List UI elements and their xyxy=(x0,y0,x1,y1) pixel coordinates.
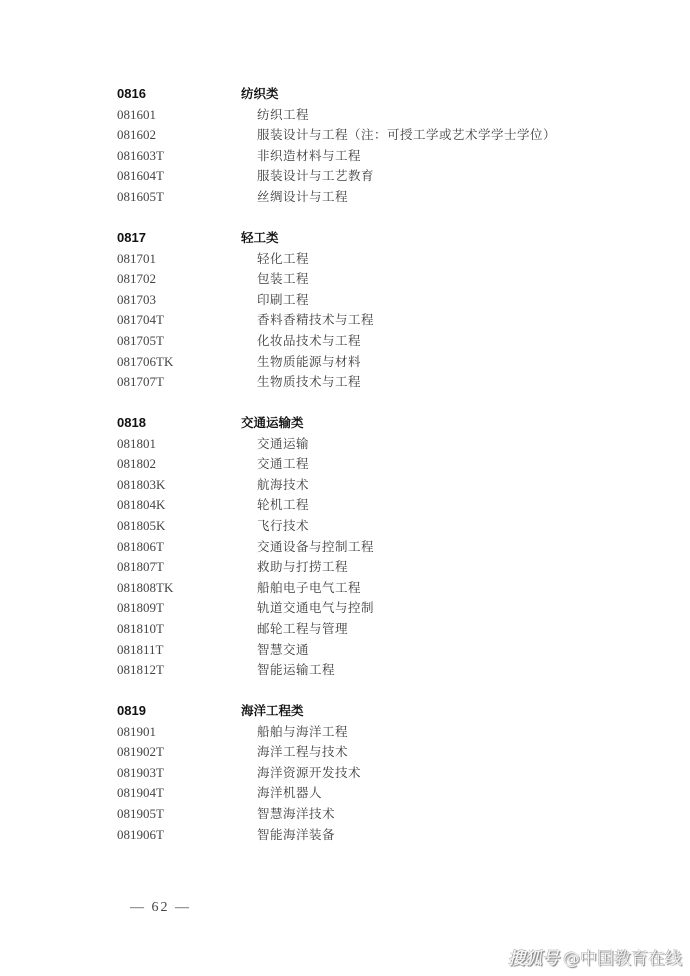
list-item: 081803K航海技术 xyxy=(117,475,597,496)
major-code: 081809T xyxy=(117,598,241,619)
major-code: 081810T xyxy=(117,619,241,640)
list-item: 081812T智能运输工程 xyxy=(117,660,597,681)
list-item: 081602服装设计与工程（注：可授工学或艺术学学士学位） xyxy=(117,125,597,146)
section-0816: 0816 纺织类 081601纺织工程 081602服装设计与工程（注：可授工学… xyxy=(117,84,597,208)
list-item: 081704T香料香精技术与工程 xyxy=(117,310,597,331)
major-code: 081904T xyxy=(117,783,241,804)
major-code: 081601 xyxy=(117,105,241,126)
category-title: 海洋工程类 xyxy=(241,701,304,722)
list-item: 081904T海洋机器人 xyxy=(117,783,597,804)
major-name: 化妆品技术与工程 xyxy=(241,331,361,352)
section-header: 0817 轻工类 xyxy=(117,228,597,249)
major-code: 081704T xyxy=(117,310,241,331)
list-item: 081604T服装设计与工艺教育 xyxy=(117,166,597,187)
list-item: 081905T智慧海洋技术 xyxy=(117,804,597,825)
major-code: 081806T xyxy=(117,537,241,558)
major-code: 081903T xyxy=(117,763,241,784)
category-code: 0819 xyxy=(117,701,241,722)
section-header: 0819 海洋工程类 xyxy=(117,701,597,722)
major-code: 081707T xyxy=(117,372,241,393)
section-0818: 0818 交通运输类 081801交通运输 081802交通工程 081803K… xyxy=(117,413,597,681)
list-item: 081806T交通设备与控制工程 xyxy=(117,537,597,558)
major-name: 轨道交通电气与控制 xyxy=(241,598,374,619)
major-code: 081602 xyxy=(117,125,241,146)
list-item: 081808TK船舶电子电气工程 xyxy=(117,578,597,599)
list-item: 081706TK生物质能源与材料 xyxy=(117,352,597,373)
list-item: 081902T海洋工程与技术 xyxy=(117,742,597,763)
category-title: 轻工类 xyxy=(241,228,279,249)
major-code: 081807T xyxy=(117,557,241,578)
major-name: 交通设备与控制工程 xyxy=(241,537,374,558)
major-name: 船舶电子电气工程 xyxy=(241,578,361,599)
major-code: 081812T xyxy=(117,660,241,681)
list-item: 081701轻化工程 xyxy=(117,249,597,270)
section-0817: 0817 轻工类 081701轻化工程 081702包装工程 081703印刷工… xyxy=(117,228,597,393)
watermark: 搜狐号@中国教育在线 xyxy=(508,944,682,969)
major-code: 081802 xyxy=(117,454,241,475)
major-name: 生物质能源与材料 xyxy=(241,352,361,373)
list-item: 081809T轨道交通电气与控制 xyxy=(117,598,597,619)
list-item: 081901船舶与海洋工程 xyxy=(117,722,597,743)
section-0819: 0819 海洋工程类 081901船舶与海洋工程 081902T海洋工程与技术 … xyxy=(117,701,597,845)
list-item: 081707T生物质技术与工程 xyxy=(117,372,597,393)
major-name: 服装设计与工程（注：可授工学或艺术学学士学位） xyxy=(241,125,556,146)
document-page: 0816 纺织类 081601纺织工程 081602服装设计与工程（注：可授工学… xyxy=(0,0,690,976)
major-name: 印刷工程 xyxy=(241,290,309,311)
major-name: 船舶与海洋工程 xyxy=(241,722,348,743)
major-name: 智能运输工程 xyxy=(241,660,335,681)
list-item: 081703印刷工程 xyxy=(117,290,597,311)
major-name: 救助与打捞工程 xyxy=(241,557,348,578)
list-item: 081804K轮机工程 xyxy=(117,495,597,516)
section-header: 0816 纺织类 xyxy=(117,84,597,105)
major-name: 航海技术 xyxy=(241,475,309,496)
major-code: 081702 xyxy=(117,269,241,290)
major-code: 081803K xyxy=(117,475,241,496)
major-name: 智能海洋装备 xyxy=(241,825,335,846)
major-code: 081703 xyxy=(117,290,241,311)
list-item: 081906T智能海洋装备 xyxy=(117,825,597,846)
watermark-brand: 搜狐号 xyxy=(508,949,559,969)
category-code: 0818 xyxy=(117,413,241,434)
list-item: 081802交通工程 xyxy=(117,454,597,475)
major-code: 081811T xyxy=(117,640,241,661)
major-name: 服装设计与工艺教育 xyxy=(241,166,374,187)
major-code: 081705T xyxy=(117,331,241,352)
major-name: 丝绸设计与工程 xyxy=(241,187,348,208)
list-item: 081807T救助与打捞工程 xyxy=(117,557,597,578)
major-name: 智慧交通 xyxy=(241,640,309,661)
major-code: 081604T xyxy=(117,166,241,187)
major-name: 香料香精技术与工程 xyxy=(241,310,374,331)
category-title: 纺织类 xyxy=(241,84,279,105)
watermark-account: @中国教育在线 xyxy=(563,949,682,969)
major-name: 轻化工程 xyxy=(241,249,309,270)
category-code: 0817 xyxy=(117,228,241,249)
major-name: 海洋机器人 xyxy=(241,783,322,804)
major-name: 非织造材料与工程 xyxy=(241,146,361,167)
major-name: 包装工程 xyxy=(241,269,309,290)
list-item: 081811T智慧交通 xyxy=(117,640,597,661)
list-item: 081605T丝绸设计与工程 xyxy=(117,187,597,208)
section-header: 0818 交通运输类 xyxy=(117,413,597,434)
major-name: 智慧海洋技术 xyxy=(241,804,335,825)
major-code: 081603T xyxy=(117,146,241,167)
major-code: 081805K xyxy=(117,516,241,537)
page-number: — 62 — xyxy=(130,900,191,916)
major-name: 海洋资源开发技术 xyxy=(241,763,361,784)
major-name: 交通工程 xyxy=(241,454,309,475)
list-item: 081705T化妆品技术与工程 xyxy=(117,331,597,352)
category-title: 交通运输类 xyxy=(241,413,304,434)
major-code: 081804K xyxy=(117,495,241,516)
list-item: 081801交通运输 xyxy=(117,434,597,455)
major-name: 海洋工程与技术 xyxy=(241,742,348,763)
list-item: 081810T邮轮工程与管理 xyxy=(117,619,597,640)
major-name: 邮轮工程与管理 xyxy=(241,619,348,640)
major-code: 081902T xyxy=(117,742,241,763)
major-code: 081905T xyxy=(117,804,241,825)
list-item: 081702包装工程 xyxy=(117,269,597,290)
list-item: 081903T海洋资源开发技术 xyxy=(117,763,597,784)
category-code: 0816 xyxy=(117,84,241,105)
major-code: 081706TK xyxy=(117,352,241,373)
major-name: 轮机工程 xyxy=(241,495,309,516)
list-item: 081805K飞行技术 xyxy=(117,516,597,537)
major-code: 081701 xyxy=(117,249,241,270)
major-name: 交通运输 xyxy=(241,434,309,455)
list-item: 081603T非织造材料与工程 xyxy=(117,146,597,167)
major-code: 081901 xyxy=(117,722,241,743)
list-item: 081601纺织工程 xyxy=(117,105,597,126)
major-name: 生物质技术与工程 xyxy=(241,372,361,393)
major-name: 飞行技术 xyxy=(241,516,309,537)
major-name: 纺织工程 xyxy=(241,105,309,126)
major-code: 081801 xyxy=(117,434,241,455)
major-code: 081605T xyxy=(117,187,241,208)
major-code: 081808TK xyxy=(117,578,241,599)
major-code: 081906T xyxy=(117,825,241,846)
